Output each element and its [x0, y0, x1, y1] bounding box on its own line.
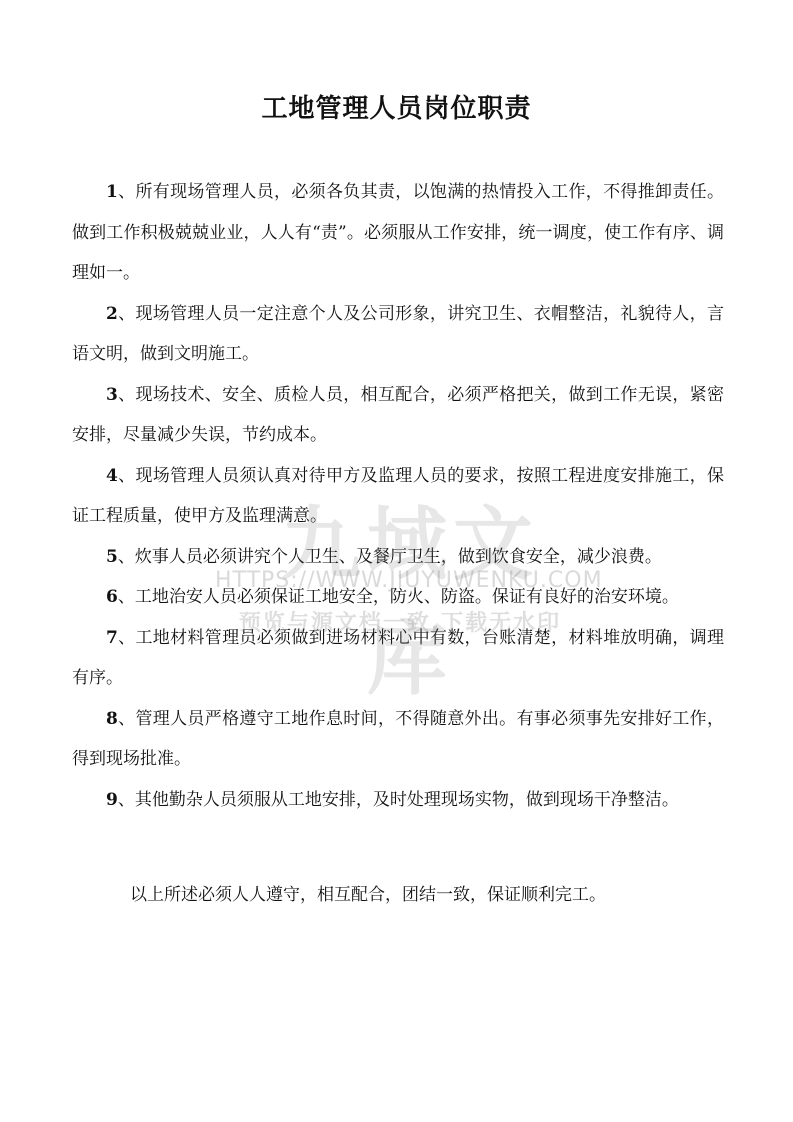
list-item: 8、管理人员严格遵守工地作息时间，不得随意外出。有事必须事先安排好工作，得到现场… — [72, 699, 724, 780]
list-item: 1、所有现场管理人员，必须各负其责，以饱满的热情投入工作，不得推卸责任。做到工作… — [72, 172, 724, 294]
document-page: 工地管理人员岗位职责 1、所有现场管理人员，必须各负其责，以饱满的热情投入工作，… — [0, 0, 793, 1122]
item-number: 8 — [106, 709, 118, 729]
item-text: 、现场管理人员须认真对待甲方及监理人员的要求，按照工程进度安排施工，保证工程质量… — [72, 466, 724, 527]
item-number: 9 — [106, 790, 118, 810]
list-item: 5、炊事人员必须讲究个人卫生、及餐厅卫生，做到饮食安全，减少浪费。 — [72, 537, 724, 578]
item-number: 2 — [106, 304, 118, 324]
item-number: 6 — [106, 587, 118, 607]
closing-statement: 以上所述必须人人遵守，相互配合，团结一致，保证顺利完工。 — [130, 880, 606, 905]
list-item: 7、工地材料管理员必须做到进场材料心中有数，台账清楚，材料堆放明确，调理有序。 — [72, 618, 724, 699]
item-text: 、工地治安人员必须保证工地安全，防火、防盗。保证有良好的治安环境。 — [118, 587, 679, 607]
list-item: 9、其他勤杂人员须服从工地安排，及时处理现场实物，做到现场干净整洁。 — [72, 780, 724, 821]
item-text: 、现场管理人员一定注意个人及公司形象，讲究卫生、衣帽整洁，礼貌待人，言语文明，做… — [72, 304, 724, 365]
item-text: 、管理人员严格遵守工地作息时间，不得随意外出。有事必须事先安排好工作，得到现场批… — [72, 709, 724, 770]
item-text: 、其他勤杂人员须服从工地安排，及时处理现场实物，做到现场干净整洁。 — [118, 790, 679, 810]
item-number: 1 — [106, 182, 118, 202]
list-item: 4、现场管理人员须认真对待甲方及监理人员的要求，按照工程进度安排施工，保证工程质… — [72, 456, 724, 537]
list-item: 2、现场管理人员一定注意个人及公司形象，讲究卫生、衣帽整洁，礼貌待人，言语文明，… — [72, 294, 724, 375]
item-text: 、炊事人员必须讲究个人卫生、及餐厅卫生，做到饮食安全，减少浪费。 — [118, 547, 662, 567]
item-text: 、现场技术、安全、质检人员，相互配合，必须严格把关，做到工作无误，紧密安排，尽量… — [72, 385, 724, 446]
list-item: 3、现场技术、安全、质检人员，相互配合，必须严格把关，做到工作无误，紧密安排，尽… — [72, 375, 724, 456]
item-number: 3 — [106, 385, 118, 405]
list-item: 6、工地治安人员必须保证工地安全，防火、防盗。保证有良好的治安环境。 — [72, 577, 724, 618]
item-number: 7 — [106, 628, 118, 648]
item-number: 5 — [106, 547, 118, 567]
item-text: 、所有现场管理人员，必须各负其责，以饱满的热情投入工作，不得推卸责任。做到工作积… — [72, 182, 724, 283]
item-number: 4 — [106, 466, 118, 486]
document-title: 工地管理人员岗位职责 — [0, 88, 793, 125]
document-body: 1、所有现场管理人员，必须各负其责，以饱满的热情投入工作，不得推卸责任。做到工作… — [72, 172, 724, 820]
item-text: 、工地材料管理员必须做到进场材料心中有数，台账清楚，材料堆放明确，调理有序。 — [72, 628, 724, 689]
